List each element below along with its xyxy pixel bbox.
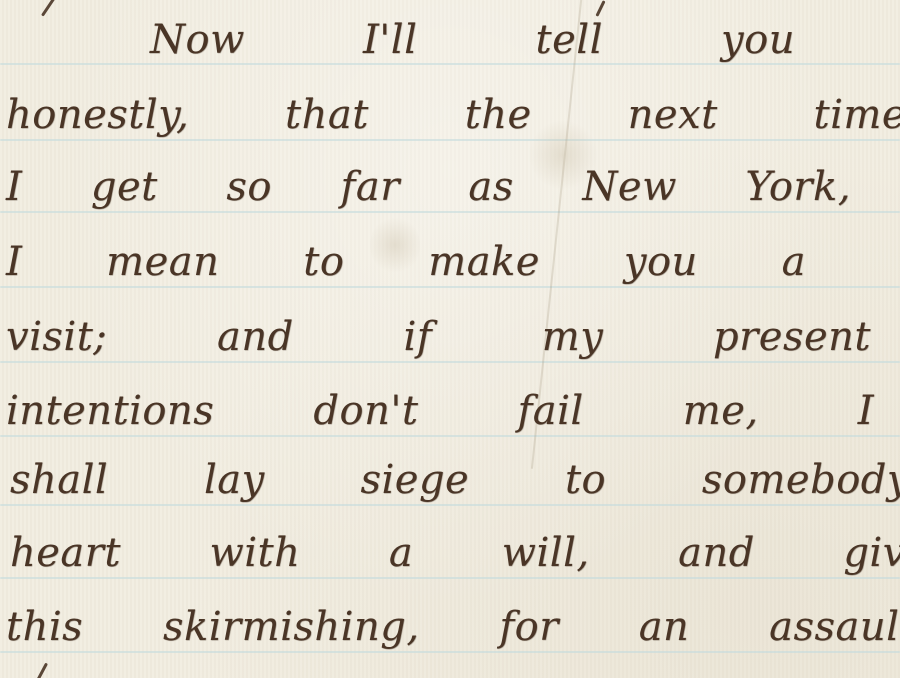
handwritten-line: I mean to make you a <box>6 236 806 290</box>
handwritten-line: heart with a will, and give <box>10 527 900 581</box>
handwritten-line: honestly, that the next time <box>6 89 900 143</box>
handwritten-line: Now I'll tell you <box>150 14 795 68</box>
handwritten-line: I get so far as New York, <box>6 161 851 215</box>
handwritten-line: intentions don't fail me, I <box>6 385 874 439</box>
ink-stroke-top-left <box>41 0 58 17</box>
handwritten-line: shall lay siege to somebody <box>10 454 900 508</box>
ink-stroke-bottom-left <box>35 663 48 678</box>
handwritten-line: visit; and if my present <box>6 311 871 365</box>
letter-page: Now I'll tell you honestly, that the nex… <box>0 0 900 678</box>
handwritten-line: this skirmishing, for an assault <box>6 601 900 655</box>
